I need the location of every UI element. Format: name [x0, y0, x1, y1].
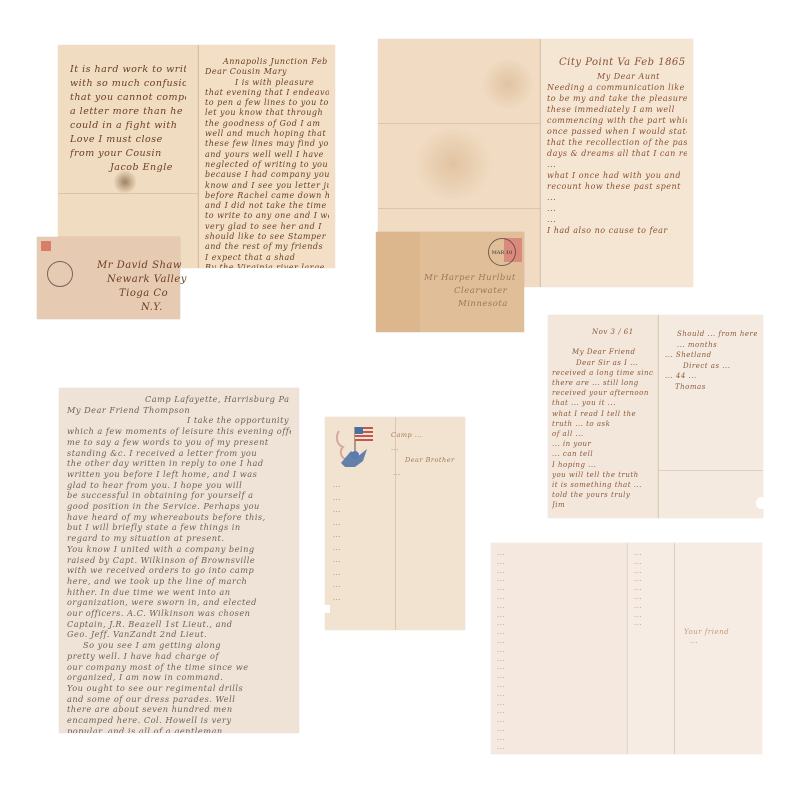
handwritten-line: written you before I left home, and I wa…: [67, 469, 291, 480]
fold-line: [378, 123, 540, 124]
handwritten-line: ...: [333, 592, 457, 605]
handwritten-line: that you cannot compose: [70, 91, 186, 105]
handwritten-line: and the rest of my friends: [205, 242, 329, 252]
handwritten-line: regard to my situation at present.: [67, 533, 291, 544]
handwritten-line: popular, and is all of a gentleman: [67, 726, 291, 733]
postmark-red-stamp: [41, 241, 51, 251]
handwritten-line: the other day written in reply to one I …: [67, 458, 291, 469]
letter-4-page: Camp Lafayette, Harrisburg Pa Oct 1861 M…: [59, 388, 299, 733]
handwritten-line: standing &c. I received a letter from yo…: [67, 448, 291, 459]
letter-1-right-page: Annapolis Junction Feb 1/62 Dear Cousin …: [198, 45, 335, 268]
handwritten-line: ... months: [665, 340, 757, 351]
handwritten-line: I is with pleasure: [205, 78, 329, 88]
faded-line: ...: [497, 611, 621, 620]
handwritten-line: ...: [547, 159, 687, 170]
salutation: Dear Cousin Mary: [205, 67, 329, 77]
handwritten-line: Should ... from here: [665, 329, 757, 340]
handwritten-line: and yours well well I have: [205, 150, 329, 160]
handwritten-line: ... 44 ...: [665, 371, 757, 382]
handwritten-line: to be my and take the pleasure to all: [547, 93, 687, 104]
handwritten-line: Camp ...: [333, 429, 457, 442]
handwritten-line: Direct as ...: [665, 361, 757, 372]
torn-corner: [322, 605, 330, 613]
salutation: Dear Brother: [333, 454, 457, 467]
handwritten-line: our company most of the time since we: [67, 662, 291, 673]
handwritten-line: truth ... to ask: [552, 419, 654, 429]
letter-heading: Camp Lafayette, Harrisburg Pa Oct 1861: [67, 394, 291, 405]
faded-line: ...: [497, 672, 621, 681]
faded-line: ...: [634, 619, 756, 628]
faded-line: ...: [634, 593, 756, 602]
faded-line: ...: [497, 655, 621, 664]
faded-line: ...: [497, 716, 621, 725]
salutation: My Dear Aunt: [547, 71, 687, 82]
handwritten-line: ...: [333, 442, 457, 455]
handwritten-line: with so much confusion: [70, 77, 186, 91]
handwritten-line: here, and we took up the line of march: [67, 576, 291, 587]
letter-heading: Annapolis Junction Feb 1/62: [205, 57, 329, 67]
handwritten-line: I hoping ...: [552, 460, 654, 470]
handwritten-line: let you know that through: [205, 108, 329, 118]
faded-line: ...: [497, 602, 621, 611]
handwritten-line: ...: [547, 214, 687, 225]
handwritten-line: to write to any one and I was: [205, 211, 329, 221]
handwritten-line: organized, I am now in command.: [67, 672, 291, 683]
letter-3-left-page: Nov 3 / 61 My Dear Friend Dear Sir as I …: [548, 315, 658, 518]
faded-line: ...: [634, 602, 756, 611]
faded-line: ...: [497, 699, 621, 708]
handwritten-line: have heard of my whereabouts before this…: [67, 512, 291, 523]
handwritten-line: that the recollection of the past: [547, 137, 687, 148]
faded-line: ...: [497, 646, 621, 655]
handwritten-line: received a long time since: [552, 368, 654, 378]
handwritten-line: it is something that ...: [552, 480, 654, 490]
handwritten-line: me to say a few words to you of my prese…: [67, 437, 291, 448]
handwritten-line: By the Virginia river large: [205, 263, 329, 268]
handwritten-line: of all ...: [552, 429, 654, 439]
handwritten-line: Captain, J.R. Beazell 1st Lieut., and: [67, 619, 291, 630]
faded-line: ...: [497, 558, 621, 567]
handwritten-line: I expect that a shad: [205, 253, 329, 263]
faded-line: ...: [497, 584, 621, 593]
letter-2-right-page: City Point Va Feb 1865 My Dear Aunt Need…: [540, 39, 693, 287]
handwritten-line: be successful in obtaining for yourself …: [67, 490, 291, 501]
faded-line: ...: [497, 707, 621, 716]
handwritten-line: You know I united with a company being: [67, 544, 291, 555]
handwritten-line: hither. In due time we went into an: [67, 587, 291, 598]
ink-blot: [113, 170, 137, 194]
letter-6-left-page: ... ... ... ... ... ... ... ... ... ... …: [491, 543, 627, 754]
handwritten-line: because I had company you: [205, 170, 329, 180]
handwritten-line: should like to see Stamper: [205, 232, 329, 242]
faded-line: ...: [497, 628, 621, 637]
handwritten-line: and I did not take the time: [205, 201, 329, 211]
faded-line: ...: [497, 575, 621, 584]
handwritten-line: commencing with the part which has: [547, 115, 687, 126]
faded-line: ...: [634, 567, 756, 576]
faded-line: ...: [497, 567, 621, 576]
handwritten-line: days & dreams all that I can recall: [547, 148, 687, 159]
handwritten-line: ...: [333, 517, 457, 530]
faded-line: ...: [497, 619, 621, 628]
handwritten-line: there are about seven hundred men: [67, 704, 291, 715]
faded-line: ...: [497, 743, 621, 752]
handwritten-line: good position in the Service. Perhaps yo…: [67, 501, 291, 512]
faded-line: ...: [497, 549, 621, 558]
handwritten-line: Geo. Jeff. VanZandt 2nd Lieut.: [67, 629, 291, 640]
handwritten-line: you will tell the truth: [552, 470, 654, 480]
handwritten-line: but I will briefly state a few things in: [67, 522, 291, 533]
handwritten-line: I take the opportunity: [67, 415, 291, 426]
handwritten-line: could in a fight with: [70, 119, 186, 133]
handwritten-line: Love I must close: [70, 133, 186, 147]
faded-line: ...: [497, 681, 621, 690]
letter-3-right-page: Should ... from here ... months ... Shet…: [658, 315, 763, 518]
letter-1-left-page: It is hard work to write with so much co…: [58, 45, 198, 268]
handwritten-line: from your Cousin: [70, 147, 186, 161]
handwritten-line: glad to hear from you. I hope you will: [67, 480, 291, 491]
handwritten-line: that ... you it ...: [552, 398, 654, 408]
envelope-address-line: Mr Harper Hurlbut: [424, 272, 516, 285]
faded-line: ...: [634, 584, 756, 593]
handwritten-line: to pen a few lines to you to: [205, 98, 329, 108]
envelope-address-line: Clearwater: [424, 285, 516, 298]
handwritten-line: know and I see you letter just: [205, 181, 329, 191]
envelope-address-line: Minnesota: [424, 298, 516, 311]
faded-line: ...: [634, 549, 756, 558]
handwritten-line: there are ... still long: [552, 378, 654, 388]
foxing-stain: [408, 129, 498, 199]
faded-line: ...: [497, 593, 621, 602]
handwritten-line: raised by Capt. Wilkinson of Brownsville: [67, 555, 291, 566]
letter-5-page: Camp ... ... Dear Brother ... ... ... ..…: [325, 417, 465, 630]
handwritten-line: and some of our dress parades. Well: [67, 694, 291, 705]
letter-heading: City Point Va Feb 1865: [547, 55, 687, 71]
faded-line: ...: [497, 690, 621, 699]
handwritten-line: ...: [333, 492, 457, 505]
fold-line: [378, 208, 540, 209]
handwritten-line: recount how these past spent: [547, 181, 687, 192]
envelope-address-line: Newark Valley: [97, 273, 187, 287]
handwritten-line: ...: [333, 529, 457, 542]
handwritten-line: ... can tell: [552, 449, 654, 459]
handwritten-line: well and much hoping that: [205, 129, 329, 139]
handwritten-line: encamped here. Col. Howell is very: [67, 715, 291, 726]
postmark-circle: [47, 261, 73, 287]
envelope-address-line: Tioga Co: [97, 287, 187, 301]
handwritten-line: You ought to see our regimental drills: [67, 683, 291, 694]
salutation: My Dear Friend Thompson: [67, 405, 291, 416]
foxing-stain: [478, 59, 538, 109]
postmark-date: MAR 10: [492, 250, 512, 256]
faded-line: ...: [497, 725, 621, 734]
handwritten-line: It is hard work to write: [70, 63, 186, 77]
handwritten-line: told the yours truly: [552, 490, 654, 500]
handwritten-line: neglected of writing to you: [205, 160, 329, 170]
faded-line: ...: [634, 558, 756, 567]
signature: ...: [634, 637, 756, 646]
handwritten-line: with we received orders to go into camp: [67, 565, 291, 576]
handwritten-line: these immediately I am well: [547, 104, 687, 115]
handwritten-line: organization, were sworn in, and elected: [67, 597, 291, 608]
handwritten-line: pretty well. I have had charge of: [67, 651, 291, 662]
handwritten-line: these few lines may find you: [205, 139, 329, 149]
faded-line: ...: [497, 663, 621, 672]
torn-edge: [756, 497, 766, 509]
handwritten-line: So you see I am getting along: [67, 640, 291, 651]
handwritten-line: a letter more than he: [70, 105, 186, 119]
handwritten-line: what I once had with you and: [547, 170, 687, 181]
closing: Your friend: [634, 628, 756, 637]
spacer: [552, 337, 654, 347]
handwritten-line: which a few moments of leisure this even…: [67, 426, 291, 437]
handwritten-line: ...: [547, 192, 687, 203]
fold-line: [58, 193, 198, 194]
signature: Jim: [552, 500, 654, 510]
letter-date: Nov 3 / 61: [552, 327, 654, 337]
handwritten-line: once passed when I would state: [547, 126, 687, 137]
handwritten-line: ...: [333, 467, 457, 480]
envelope-address-line: Mr David Shaw: [97, 259, 187, 273]
handwritten-line: ... Shetland: [665, 350, 757, 361]
handwritten-line: received your afternoon: [552, 388, 654, 398]
handwritten-line: Needing a communication like this: [547, 82, 687, 93]
salutation: My Dear Friend: [552, 347, 654, 357]
handwritten-line: ...: [333, 554, 457, 567]
faded-line: ...: [634, 575, 756, 584]
handwritten-line: the goodness of God I am: [205, 119, 329, 129]
handwritten-line: our officers. A.C. Wilkinson was chosen: [67, 608, 291, 619]
handwritten-line: what I read I tell the: [552, 409, 654, 419]
postmark-circle: MAR 10: [488, 238, 516, 266]
faded-line: ...: [497, 637, 621, 646]
handwritten-line: I had also no cause to fear: [547, 225, 687, 236]
handwritten-line: ... in your: [552, 439, 654, 449]
handwritten-line: Dear Sir as I ...: [552, 358, 654, 368]
signature: Thomas: [665, 382, 757, 393]
handwritten-line: ...: [333, 504, 457, 517]
faded-line: ...: [497, 734, 621, 743]
letter-1-envelope: Mr David Shaw Newark Valley Tioga Co N.Y…: [37, 237, 180, 319]
handwritten-line: that evening that I endeavour: [205, 88, 329, 98]
handwritten-line: ...: [547, 203, 687, 214]
handwritten-line: very glad to see her and I: [205, 222, 329, 232]
letter-6-right-page: ... ... ... ... ... ... ... ... ... Your…: [627, 543, 762, 754]
letter-2-envelope: MAR 10 Mr Harper Hurlbut Clearwater Minn…: [376, 232, 524, 332]
envelope-flap: [376, 232, 420, 332]
envelope-address-line: N.Y.: [97, 301, 187, 315]
handwritten-line: ...: [333, 479, 457, 492]
handwritten-line: ...: [333, 542, 457, 555]
handwritten-line: ...: [333, 579, 457, 592]
handwritten-line: ...: [333, 567, 457, 580]
faded-line: ...: [634, 611, 756, 620]
handwritten-line: before Rachel came down here: [205, 191, 329, 201]
